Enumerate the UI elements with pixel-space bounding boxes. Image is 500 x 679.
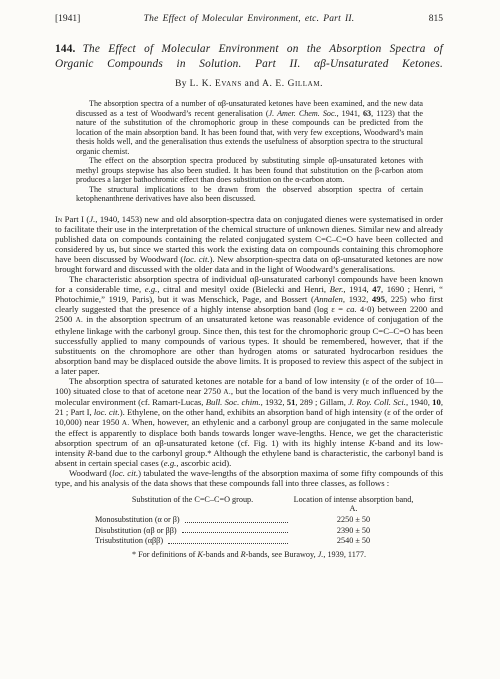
body-paragraph-4: Woodward (loc. cit.) tabulated the wave-… bbox=[55, 468, 443, 488]
author-name-1: L. K. Evans bbox=[190, 79, 242, 89]
article-number: 144. bbox=[55, 43, 76, 55]
abstract-paragraph-1: The absorption spectra of a number of αβ… bbox=[76, 99, 423, 156]
journal-page: [1941] The Effect of Molecular Environme… bbox=[0, 0, 500, 679]
body-paragraph-1: In Part I (J., 1940, 1453) new and old a… bbox=[55, 214, 443, 274]
article-title-text: The Effect of Molecular Environment on t… bbox=[55, 43, 443, 70]
table-col1-header: Substitution of the C=C–C=O group. bbox=[95, 495, 290, 513]
abstract-paragraph-3: The structural implications to be drawn … bbox=[76, 185, 423, 204]
article-title: 144.The Effect of Molecular Environment … bbox=[55, 42, 443, 72]
leader-dots bbox=[182, 531, 288, 533]
table-cell-label: Disubstitution (αβ or ββ) bbox=[95, 526, 290, 535]
classes-table: Substitution of the C=C–C=O group. Locat… bbox=[95, 495, 417, 545]
leader-dots bbox=[185, 521, 288, 523]
header-year: [1941] bbox=[55, 14, 105, 25]
table-cell-label: Monosubstitution (α or β) bbox=[95, 515, 290, 524]
leader-dots bbox=[168, 542, 288, 544]
table-col2-header: Location of intense absorption band, A. bbox=[290, 495, 417, 513]
table-cell-value: 2540 ± 50 bbox=[290, 536, 417, 545]
byline-suffix: . bbox=[320, 79, 323, 89]
table-cell-value: 2390 ± 50 bbox=[290, 526, 417, 535]
table-header-row: Substitution of the C=C–C=O group. Locat… bbox=[95, 495, 417, 513]
header-page-number: 815 bbox=[393, 14, 443, 25]
table-cell-label: Trisubstitution (αββ) bbox=[95, 536, 290, 545]
body-paragraph-2: The characteristic absorption spectra of… bbox=[55, 274, 443, 375]
byline-prefix: By bbox=[175, 79, 189, 89]
body-paragraph-3: The absorption spectra of saturated keto… bbox=[55, 376, 443, 468]
table-row: Trisubstitution (αββ) 2540 ± 50 bbox=[95, 536, 417, 545]
page-header: [1941] The Effect of Molecular Environme… bbox=[55, 14, 443, 25]
byline-connector: and bbox=[242, 79, 262, 89]
byline: By L. K. Evans and A. E. Gillam. bbox=[55, 79, 443, 90]
table-row: Disubstitution (αβ or ββ) 2390 ± 50 bbox=[95, 526, 417, 535]
article-body: In Part I (J., 1940, 1453) new and old a… bbox=[55, 214, 443, 488]
author-name-2: A. E. Gillam bbox=[262, 79, 320, 89]
header-running-title: The Effect of Molecular Environment, etc… bbox=[105, 14, 393, 25]
abstract: The absorption spectra of a number of αβ… bbox=[76, 99, 423, 204]
abstract-paragraph-2: The effect on the absorption spectra pro… bbox=[76, 156, 423, 185]
table-row: Monosubstitution (α or β) 2250 ± 50 bbox=[95, 515, 417, 524]
table-cell-value: 2250 ± 50 bbox=[290, 515, 417, 524]
footnote: * For definitions of K-bands and R-bands… bbox=[55, 550, 443, 560]
